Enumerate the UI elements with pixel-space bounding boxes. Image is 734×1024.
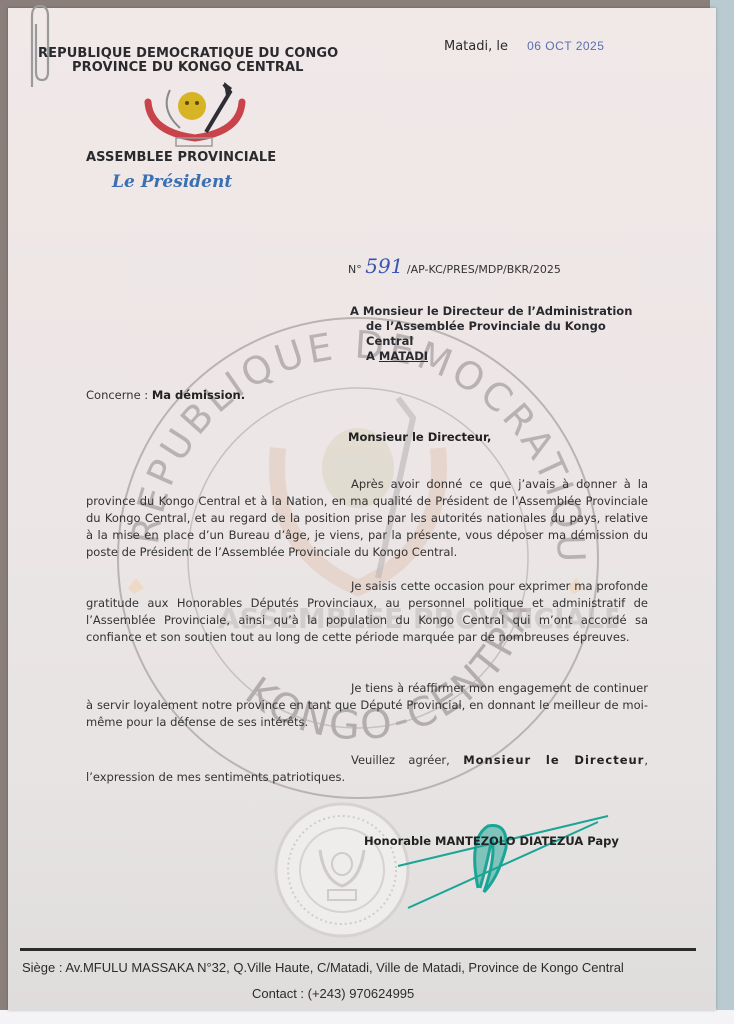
reference-suffix: /AP-KC/PRES/MDP/BKR/2025 bbox=[407, 263, 561, 276]
recipient-city-line: A MATADI bbox=[350, 349, 670, 364]
subject-label: Concerne : bbox=[86, 388, 148, 402]
recipient-line-3: Central bbox=[350, 334, 670, 349]
closing-addressee: Monsieur le Directeur bbox=[463, 753, 644, 767]
reference-prefix: N° bbox=[348, 263, 362, 276]
closing-lead: Veuillez agréer, bbox=[351, 753, 450, 767]
salutation: Monsieur le Directeur, bbox=[348, 430, 491, 444]
letterhead-office: Le Président bbox=[112, 172, 232, 192]
date-label: Matadi, le bbox=[444, 39, 508, 54]
recipient-line-1: A Monsieur le Directeur de l’Administrat… bbox=[350, 304, 670, 319]
letterhead-province: PROVINCE DU KONGO CENTRAL bbox=[72, 60, 304, 75]
date-line: Matadi, le 06 OCT 2025 bbox=[444, 35, 604, 54]
recipient-block: A Monsieur le Directeur de l’Administrat… bbox=[350, 304, 670, 364]
recipient-line-2: de l’Assemblée Provinciale du Kongo bbox=[350, 319, 670, 334]
letter-page: REPUBLIQUE DEMOCRATIQUE DU CONGO KONGO-C… bbox=[8, 8, 716, 1010]
recipient-city: MATADI bbox=[379, 349, 428, 363]
footer-address: Siège : Av.MFULU MASSAKA N°32, Q.Ville H… bbox=[22, 960, 624, 975]
signatory-name: Honorable MANTEZOLO DIATEZUA Papy bbox=[364, 834, 619, 848]
letterhead-institution: ASSEMBLEE PROVINCIALE bbox=[86, 150, 276, 165]
letterhead-country: REPUBLIQUE DEMOCRATIQUE DU CONGO bbox=[38, 46, 338, 61]
footer-contact: Contact : (+243) 970624995 bbox=[252, 986, 414, 1001]
paragraph-3: Je tiens à réaffirmer mon engagement de … bbox=[86, 680, 648, 731]
date-stamp: 06 OCT 2025 bbox=[527, 39, 604, 53]
closing-rest: l’expression de mes sentiments patriotiq… bbox=[86, 770, 345, 784]
background-bottom bbox=[0, 1010, 734, 1024]
reference-number: N° 591 /AP-KC/PRES/MDP/BKR/2025 bbox=[348, 254, 561, 278]
drc-coat-of-arms-icon bbox=[140, 80, 250, 150]
recipient-city-prefix: A bbox=[366, 349, 375, 363]
subject-line: Concerne : Ma démission. bbox=[86, 388, 245, 402]
subject-value: Ma démission. bbox=[152, 388, 245, 402]
paragraph-2: Je saisis cette occasion pour exprimer m… bbox=[86, 578, 648, 646]
closing-formula: Veuillez agréer, Monsieur le Directeur, … bbox=[86, 752, 648, 786]
paragraph-1: Après avoir donné ce que j’avais à donne… bbox=[86, 476, 648, 561]
footer-divider bbox=[20, 948, 696, 951]
reference-handwritten-number: 591 bbox=[365, 254, 403, 278]
signature-scribble bbox=[388, 808, 618, 918]
